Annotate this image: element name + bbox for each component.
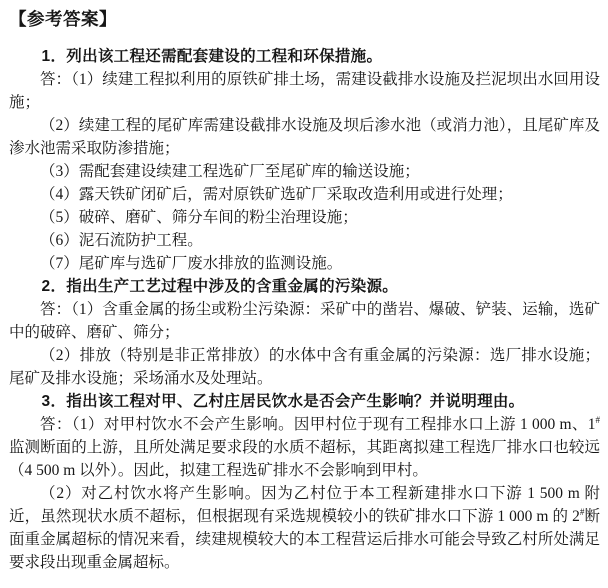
q1-answer-item-1: 答：（1）续建工程拟利用的原铁矿排土场，需建设截排水设施及拦泥坝出水回用设施； bbox=[9, 68, 600, 114]
q3-a2-text-before-sup: （2）对乙村饮水将产生影响。因为乙村位于本工程新建排水口下游 1 500 m 附… bbox=[9, 485, 600, 525]
q3-answer-item-2: （2）对乙村饮水将产生影响。因为乙村位于本工程新建排水口下游 1 500 m 附… bbox=[9, 482, 600, 574]
q3-a1-text-after-sup: 监测断面的上游，且所处满足要求段的水质不超标，其距离拟建工程选厂排水口也较远（4… bbox=[9, 439, 600, 479]
q2-answer-item-1: 答：（1）含重金属的扬尘或粉尘污染源：采矿中的凿岩、爆破、铲装、运输，选矿中的破… bbox=[9, 298, 600, 344]
q3-answer-item-1: 答：（1）对甲村饮水不会产生影响。因甲村位于现有工程排水口上游 1 000 m、… bbox=[9, 413, 600, 482]
q1-answer-item-4: （4）露天铁矿闭矿后，需对原铁矿选矿厂采取改造利用或进行处理； bbox=[9, 183, 600, 206]
q1-answer-item-6: （6）泥石流防护工程。 bbox=[9, 229, 600, 252]
document-page: { "colors": { "text": "#161616", "backgr… bbox=[0, 0, 608, 588]
q1-answer-item-3: （3）需配套建设续建工程选矿厂至尾矿库的输送设施； bbox=[9, 160, 600, 183]
document-title: 【参考答案】 bbox=[9, 8, 600, 30]
answer-sheet: 【参考答案】 1．列出该工程还需配套建设的工程和环保措施。 答：（1）续建工程拟… bbox=[0, 0, 608, 588]
q3-a1-superscript-hash: # bbox=[596, 415, 601, 425]
question-3-heading: 3．指出该工程对甲、乙村庄居民饮水是否会产生影响？并说明理由。 bbox=[9, 390, 600, 413]
question-2-heading: 2．指出生产工艺过程中涉及的含重金属的污染源。 bbox=[9, 275, 600, 298]
q1-answer-item-2: （2）续建工程的尾矿库需建设截排水设施及坝后渗水池（或消力池），且尾矿库及渗水池… bbox=[9, 114, 600, 160]
q2-answer-item-2: （2）排放（特别是非正常排放）的水体中含有重金属的污染源：选厂排水设施；尾矿及排… bbox=[9, 344, 600, 390]
q1-answer-item-7: （7）尾矿库与选矿厂废水排放的监测设施。 bbox=[9, 252, 600, 275]
q3-a1-text-before-sup: 答：（1）对甲村饮水不会产生影响。因甲村位于现有工程排水口上游 1 000 m、… bbox=[40, 416, 596, 433]
q1-answer-item-5: （5）破碎、磨矿、筛分车间的粉尘治理设施； bbox=[9, 206, 600, 229]
question-1-heading: 1．列出该工程还需配套建设的工程和环保措施。 bbox=[9, 45, 600, 68]
